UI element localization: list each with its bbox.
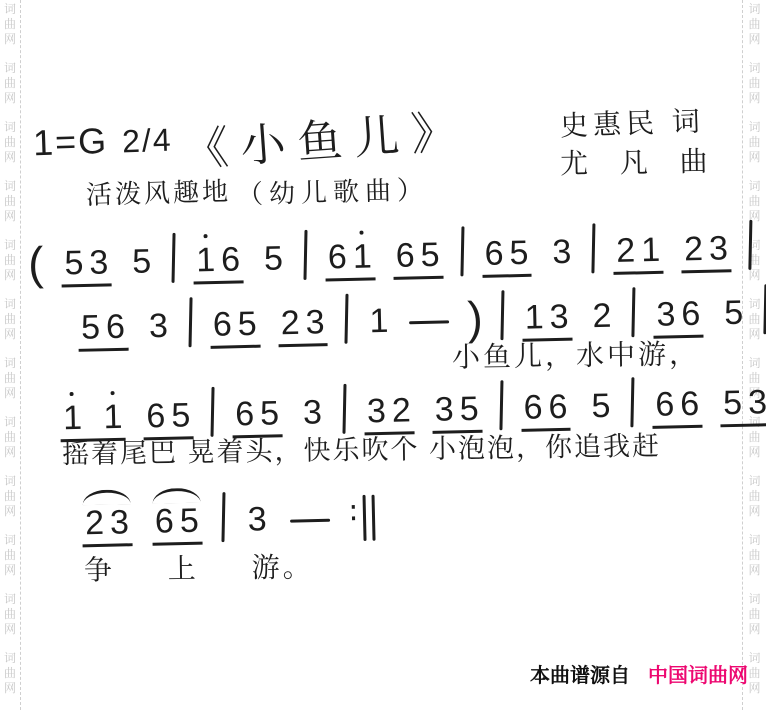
watermark-group: 词曲网	[4, 415, 16, 460]
note-digit: 5	[129, 244, 155, 279]
barline	[221, 492, 225, 542]
repeat-barline	[372, 495, 376, 541]
watermark-char: 词	[4, 592, 16, 607]
note-digit: 3	[107, 505, 133, 540]
watermark-char: 词	[748, 474, 760, 489]
time-signature: 2/4	[121, 122, 173, 160]
watermark-char: 曲	[748, 135, 760, 150]
watermark-char: 词	[4, 179, 16, 194]
watermark-char: 网	[4, 150, 16, 165]
watermark-group: 词曲网	[748, 61, 760, 106]
watermark-char: 网	[748, 563, 760, 578]
note-digit: 1	[521, 300, 547, 335]
watermark-group: 词曲网	[748, 2, 760, 47]
note-group: 5	[129, 244, 155, 286]
watermark-char: 曲	[4, 371, 16, 386]
watermark-char: 网	[748, 32, 760, 47]
watermark-char: 词	[4, 2, 16, 17]
note-group: 21	[613, 233, 664, 275]
watermark-group: 词曲网	[4, 61, 16, 106]
note-digit: 1	[366, 304, 392, 339]
repeat-dots: ∶	[349, 499, 357, 529]
note-digit: 5	[261, 241, 287, 276]
watermark-group: 词曲网	[4, 238, 16, 283]
watermark-char: 曲	[748, 194, 760, 209]
watermark-char: 词	[4, 61, 16, 76]
note-digit: 6	[325, 240, 351, 275]
watermark-char: 网	[748, 91, 760, 106]
watermark-group: 词曲网	[4, 2, 16, 47]
key-signature: 1=G	[32, 120, 108, 164]
note-group: 3	[244, 502, 270, 544]
barline	[303, 230, 307, 280]
watermark-group: 词曲网	[4, 356, 16, 401]
watermark-char: 词	[748, 533, 760, 548]
note-digit: 2	[277, 306, 303, 341]
watermark-char: 曲	[748, 607, 760, 622]
watermark-char: 曲	[4, 312, 16, 327]
watermark-group: 词曲网	[748, 592, 760, 637]
note-digit: 3	[364, 394, 390, 429]
note-digit: 3	[549, 235, 575, 270]
note-digit: 5	[234, 307, 260, 342]
watermark-char: 网	[748, 622, 760, 637]
note-digit: 5	[721, 296, 747, 331]
lyrics-line-3: 争 上 游。	[84, 545, 314, 588]
watermark-char: 网	[4, 504, 16, 519]
note-group: 3	[549, 235, 575, 277]
watermark-char: 曲	[4, 135, 16, 150]
note-group: 3	[146, 309, 172, 351]
watermark-char: 曲	[748, 76, 760, 91]
watermark-group: 词曲网	[748, 179, 760, 224]
note-group: 65	[209, 307, 260, 349]
watermark-char: 词	[4, 651, 16, 666]
watermark-char: 词	[4, 533, 16, 548]
watermark-char: 词	[748, 356, 760, 371]
watermark-char: 词	[4, 238, 16, 253]
composer-credit: 尤 凡 曲	[560, 140, 720, 183]
watermark-group: 词曲网	[4, 533, 16, 578]
watermark-group: 词曲网	[748, 120, 760, 165]
watermark-char: 网	[4, 681, 16, 696]
note-digit: 6	[218, 242, 244, 277]
note-digit: 3	[546, 300, 572, 335]
note-digit: 6	[152, 504, 178, 539]
note-digit: 3	[653, 297, 679, 332]
watermark-char: 词	[4, 356, 16, 371]
note-digit: 6	[103, 310, 129, 345]
note-digit	[85, 400, 101, 434]
watermark-char: 词	[748, 2, 760, 17]
sheet-music-page: 词曲网词曲网词曲网词曲网词曲网词曲网词曲网词曲网词曲网词曲网词曲网词曲网 词曲网…	[0, 0, 766, 710]
watermark-char: 词	[4, 474, 16, 489]
repeat-barline	[363, 495, 367, 541]
note-group: 23	[277, 305, 328, 347]
repeat-sign: ∶	[349, 495, 376, 542]
watermark-char: 网	[748, 445, 760, 460]
note-group: 5	[261, 241, 287, 283]
watermark-char: 网	[4, 563, 16, 578]
barline	[632, 287, 636, 337]
note-digit: 1	[638, 233, 664, 268]
lyricist-credit: 史惠民 词	[559, 99, 705, 144]
note-digit: 2	[388, 393, 414, 428]
note-group: 16	[193, 242, 244, 284]
watermark-column-right: 词曲网词曲网词曲网词曲网词曲网词曲网词曲网词曲网词曲网词曲网词曲网词曲网	[742, 0, 766, 710]
barline	[500, 290, 504, 340]
note-digit: 3	[302, 305, 328, 340]
note-digit: 2	[589, 299, 615, 334]
note-digit: 6	[209, 307, 235, 342]
note-digit: 5	[78, 310, 104, 345]
note-digit: 6	[678, 297, 704, 332]
note-digit: 3	[745, 385, 766, 420]
watermark-char: 曲	[748, 17, 760, 32]
note-group: 53	[720, 385, 766, 427]
notation-line-1: (53516561656532123	[28, 220, 753, 288]
watermark-char: 词	[748, 651, 760, 666]
barline	[172, 233, 176, 283]
note-group: 56	[78, 310, 129, 352]
note-digit: 3	[300, 395, 326, 430]
watermark-char: 曲	[4, 17, 16, 32]
song-title: 《小鱼儿》	[181, 94, 470, 179]
watermark-char: 网	[4, 268, 16, 283]
note-digit: 3	[86, 245, 112, 280]
key-time-signature: 1=G2/4	[32, 118, 173, 165]
note-group: 61	[325, 239, 376, 281]
watermark-char: 曲	[4, 607, 16, 622]
note-digit: 6	[481, 236, 507, 271]
note-high-octave: 1	[349, 239, 375, 274]
note-digit: 6	[652, 387, 678, 422]
note-group: 66	[652, 387, 703, 429]
note-high-octave: 1	[193, 243, 219, 278]
watermark-char: 词	[748, 61, 760, 76]
watermark-char: 曲	[4, 253, 16, 268]
note-digit: 5	[417, 238, 443, 273]
note-group: 65	[392, 238, 443, 280]
dash-note	[290, 518, 330, 522]
source-prefix: 本曲谱源自	[530, 659, 630, 688]
note-digit: 2	[613, 233, 639, 268]
watermark-char: 词	[748, 179, 760, 194]
watermark-char: 网	[4, 91, 16, 106]
watermark-char: 网	[748, 504, 760, 519]
note-digit: 3	[244, 502, 270, 537]
notation-line-4: 23653∶	[81, 489, 376, 548]
watermark-char: 网	[4, 209, 16, 224]
watermark-group: 词曲网	[748, 651, 760, 696]
watermark-char: 曲	[748, 489, 760, 504]
note-digit: 6	[232, 397, 258, 432]
note-digit: 5	[257, 396, 283, 431]
watermark-group: 词曲网	[748, 533, 760, 578]
barline	[499, 380, 503, 430]
note-digit: 2	[82, 506, 108, 541]
note-digit: 3	[146, 309, 172, 344]
note-digit: 5	[720, 386, 746, 421]
note-digit: 5	[176, 504, 202, 539]
watermark-char: 网	[4, 32, 16, 47]
note-digit: 2	[681, 232, 707, 267]
note-group: 53	[61, 245, 112, 287]
watermark-char: 网	[4, 622, 16, 637]
note-group: 1	[366, 304, 392, 346]
note-digit: 5	[61, 246, 87, 281]
open-paren: (	[28, 240, 44, 288]
note-digit: 3	[706, 231, 732, 266]
watermark-char: 曲	[4, 548, 16, 563]
watermark-char: 网	[4, 327, 16, 342]
barline	[188, 297, 192, 347]
watermark-char: 词	[4, 120, 16, 135]
watermark-group: 词曲网	[4, 120, 16, 165]
note-group: 23	[82, 505, 133, 547]
source-site-link[interactable]: 中国词曲网	[648, 659, 748, 688]
tempo-marking: 活泼风趣地	[86, 171, 232, 212]
lyrics-line-2: 摇着尾巴 晃着头，快乐吹个 小泡泡，你追我赶	[62, 424, 662, 471]
lyrics-line-1: 小鱼儿，水中游，	[452, 332, 701, 375]
note-digit: 3	[431, 392, 457, 427]
note-digit: 6	[392, 238, 418, 273]
dash-note	[409, 320, 449, 324]
watermark-column-left: 词曲网词曲网词曲网词曲网词曲网词曲网词曲网词曲网词曲网词曲网词曲网词曲网	[0, 0, 21, 710]
note-group: 65	[152, 504, 203, 546]
watermark-char: 曲	[748, 666, 760, 681]
note-high-octave: 1	[100, 400, 126, 435]
watermark-char: 网	[748, 150, 760, 165]
note-digit: 5	[588, 389, 614, 424]
genre-label: （幼儿歌曲）	[237, 169, 430, 211]
note-group: 5	[721, 296, 747, 338]
note-digit: 6	[677, 387, 703, 422]
watermark-char: 曲	[4, 194, 16, 209]
watermark-group: 词曲网	[4, 592, 16, 637]
watermark-char: 词	[4, 297, 16, 312]
watermark-char: 词	[748, 120, 760, 135]
barline	[342, 384, 346, 434]
barline	[592, 223, 596, 273]
note-digit: 6	[545, 390, 571, 425]
watermark-char: 网	[4, 445, 16, 460]
watermark-group: 词曲网	[4, 651, 16, 696]
watermark-group: 词曲网	[4, 474, 16, 519]
note-high-octave: 1	[60, 401, 86, 436]
note-digit: 6	[520, 390, 546, 425]
watermark-group: 词曲网	[4, 297, 16, 342]
watermark-char: 曲	[4, 76, 16, 91]
watermark-char: 网	[748, 681, 760, 696]
watermark-char: 曲	[4, 430, 16, 445]
barline	[460, 226, 464, 276]
note-digit: 5	[168, 398, 194, 433]
note-digit: 5	[506, 236, 532, 271]
watermark-char: 曲	[4, 666, 16, 681]
note-group: 65	[481, 236, 532, 278]
watermark-char: 词	[4, 415, 16, 430]
note-digit: 6	[143, 399, 169, 434]
source-credit: 本曲谱源自 中国词曲网	[530, 659, 748, 688]
barline	[345, 294, 349, 344]
watermark-char: 曲	[748, 548, 760, 563]
watermark-char: 网	[4, 386, 16, 401]
watermark-group: 词曲网	[4, 179, 16, 224]
barline	[748, 220, 752, 270]
watermark-char: 曲	[4, 489, 16, 504]
barline	[631, 377, 635, 427]
note-group: 23	[681, 231, 732, 273]
watermark-char: 曲	[748, 430, 760, 445]
note-digit: 5	[456, 392, 482, 427]
watermark-group: 词曲网	[748, 474, 760, 519]
watermark-char: 词	[748, 592, 760, 607]
